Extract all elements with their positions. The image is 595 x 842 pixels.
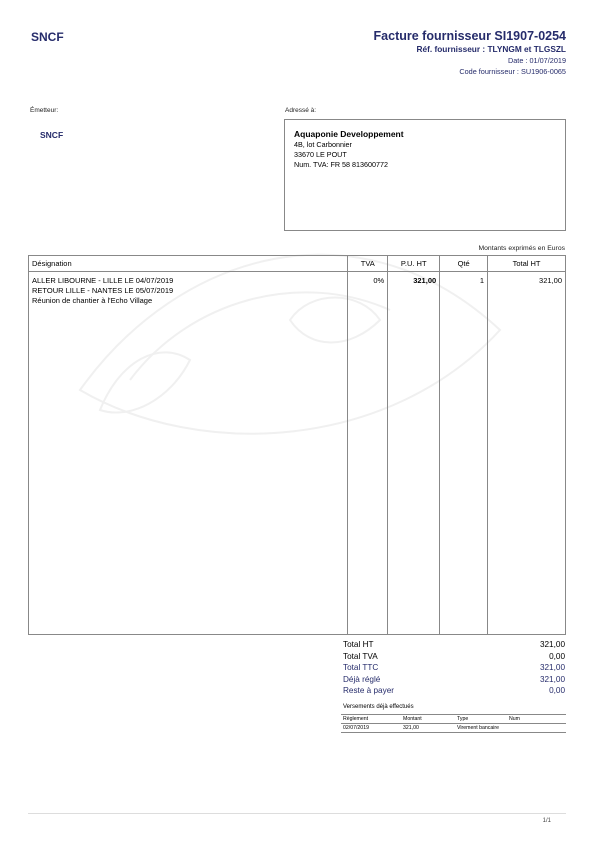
- total-tva-value: 0,00: [549, 651, 565, 663]
- total-ht-row: Total HT 321,00: [343, 639, 565, 651]
- remaining-value: 0,00: [549, 685, 565, 697]
- total-ht-value: 321,00: [540, 639, 565, 651]
- already-paid-row: Déjà réglé 321,00: [343, 674, 565, 686]
- total-ttc-value: 321,00: [540, 662, 565, 674]
- remaining-row: Reste à payer 0,00: [343, 685, 565, 697]
- payments-title: Versements déjà effectués: [343, 704, 414, 710]
- payments-col-num: Num: [509, 715, 559, 723]
- total-tva-label: Total TVA: [343, 651, 378, 663]
- col-unit-price: P.U. HT: [388, 256, 440, 272]
- col-quantity: Qté: [440, 256, 488, 272]
- invoice-title: Facture fournisseur SI1907-0254: [374, 29, 566, 44]
- currency-note: Montants exprimés en Euros: [478, 245, 565, 252]
- line-designation: ALLER LIBOURNE - LILLE LE 04/07/2019 RET…: [29, 272, 348, 635]
- supplier-ref: Réf. fournisseur : TLYNGM et TLGSZL: [374, 44, 566, 55]
- recipient-name: Aquaponie Developpement: [294, 129, 556, 140]
- footer-divider: [28, 813, 566, 814]
- recipient-address-line: 4B, lot Carbonnier: [294, 140, 556, 150]
- line-description: Réunion de chantier à l'Echo Village: [32, 296, 344, 306]
- company-name: SNCF: [31, 30, 64, 44]
- page-number: 1/1: [543, 818, 551, 824]
- total-ttc-label: Total TTC: [343, 662, 378, 674]
- payment-row: 02/07/2019 321,00 Virement bancaire: [341, 724, 566, 732]
- payments-col-date: Règlement: [343, 715, 403, 723]
- emitter-name: SNCF: [40, 130, 63, 140]
- payments-header-row: Règlement Montant Type Num: [341, 715, 566, 724]
- payments-table: Règlement Montant Type Num 02/07/2019 32…: [341, 714, 566, 733]
- col-total-ht: Total HT: [488, 256, 566, 272]
- line-description: ALLER LIBOURNE - LILLE LE 04/07/2019: [32, 276, 344, 286]
- line-description: RETOUR LILLE - NANTES LE 05/07/2019: [32, 286, 344, 296]
- totals-block: Total HT 321,00 Total TVA 0,00 Total TTC…: [343, 639, 565, 697]
- payments-col-type: Type: [457, 715, 509, 723]
- payment-amount: 321,00: [403, 724, 457, 732]
- recipient-label: Adressé à:: [285, 107, 316, 114]
- payment-date: 02/07/2019: [343, 724, 403, 732]
- recipient-vat-number: Num. TVA: FR 58 813600772: [294, 160, 556, 170]
- invoice-lines-table: Désignation TVA P.U. HT Qté Total HT ALL…: [28, 255, 566, 635]
- table-header-row: Désignation TVA P.U. HT Qté Total HT: [29, 256, 566, 272]
- col-tva: TVA: [348, 256, 388, 272]
- line-total-ht: 321,00: [488, 272, 566, 635]
- total-ht-label: Total HT: [343, 639, 373, 651]
- recipient-address-line: 33670 LE POUT: [294, 150, 556, 160]
- emitter-label: Émetteur:: [30, 107, 58, 114]
- line-tva: 0%: [348, 272, 388, 635]
- payments-col-amount: Montant: [403, 715, 457, 723]
- total-ttc-row: Total TTC 321,00: [343, 662, 565, 674]
- invoice-date: Date : 01/07/2019: [374, 55, 566, 66]
- recipient-address-box: Aquaponie Developpement 4B, lot Carbonni…: [284, 119, 566, 231]
- col-designation: Désignation: [29, 256, 348, 272]
- line-quantity: 1: [440, 272, 488, 635]
- payment-num: [509, 724, 559, 732]
- remaining-label: Reste à payer: [343, 685, 394, 697]
- payment-type: Virement bancaire: [457, 724, 509, 732]
- invoice-header: Facture fournisseur SI1907-0254 Réf. fou…: [374, 29, 566, 77]
- table-row: ALLER LIBOURNE - LILLE LE 04/07/2019 RET…: [29, 272, 566, 635]
- already-paid-label: Déjà réglé: [343, 674, 380, 686]
- supplier-code: Code fournisseur : SU1906-0065: [374, 66, 566, 77]
- already-paid-value: 321,00: [540, 674, 565, 686]
- total-tva-row: Total TVA 0,00: [343, 651, 565, 663]
- line-unit-price: 321,00: [388, 272, 440, 635]
